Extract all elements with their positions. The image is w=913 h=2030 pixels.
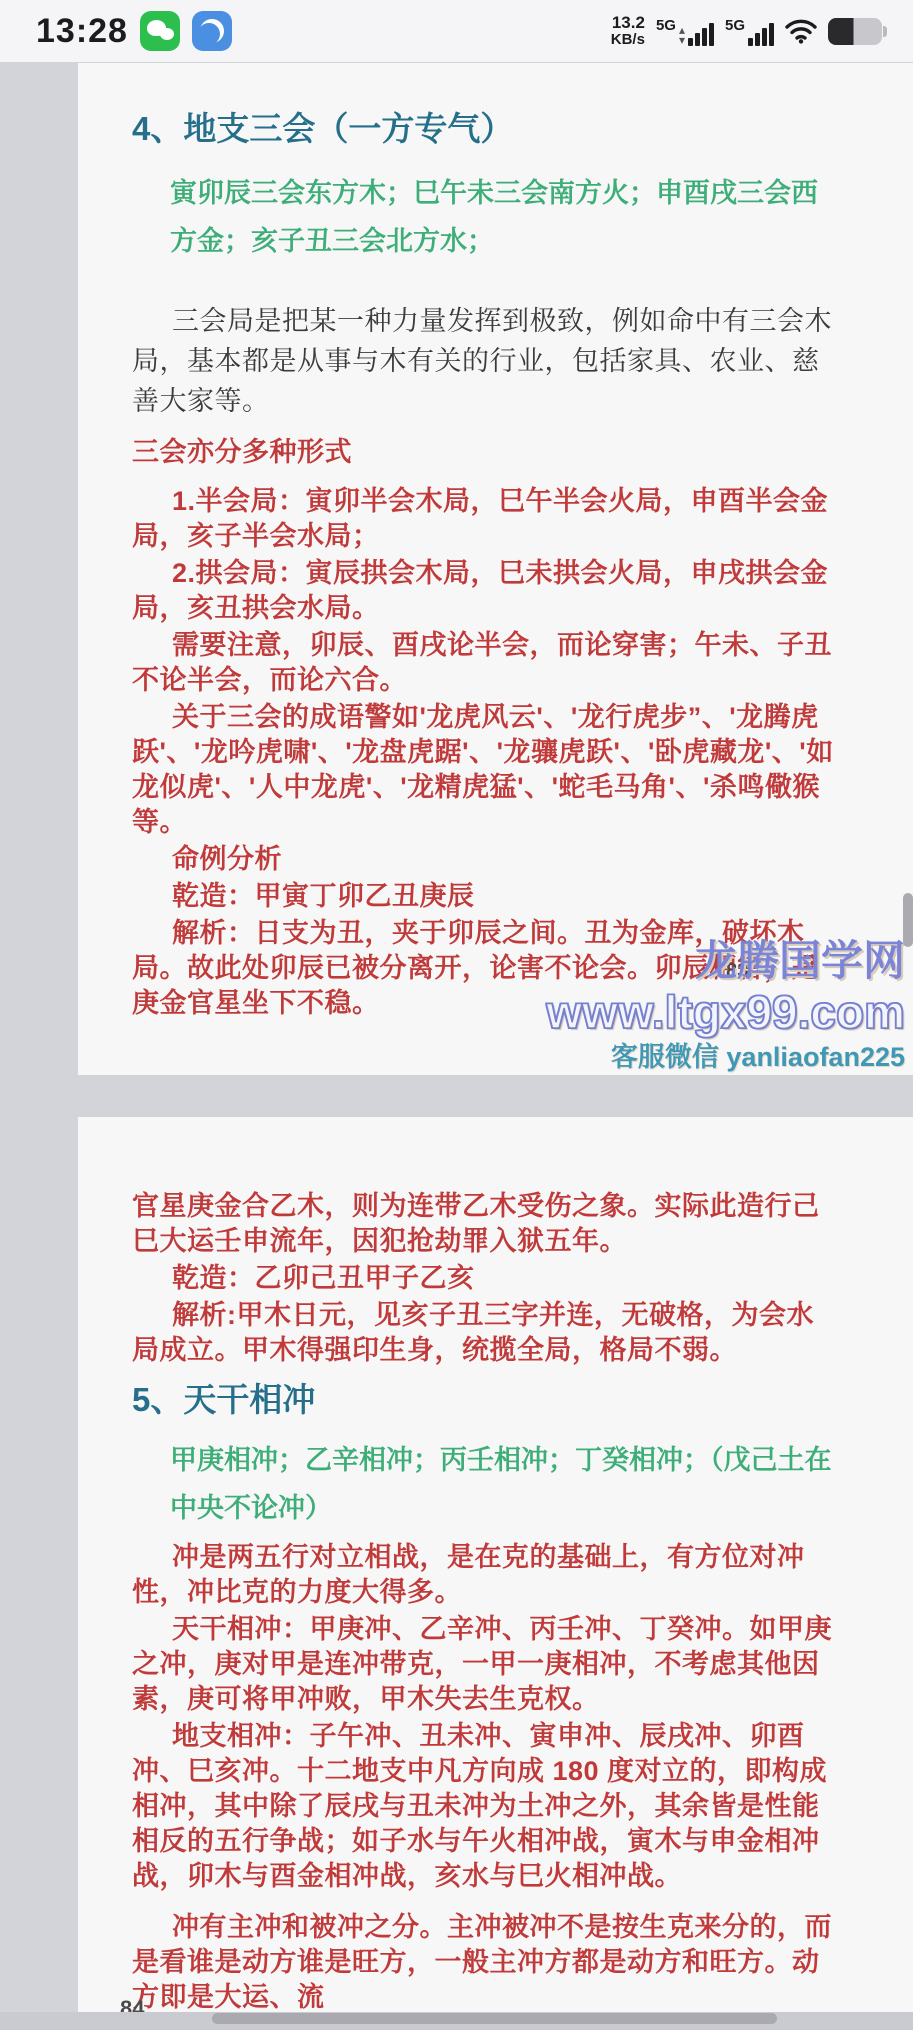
battery-nub bbox=[883, 26, 887, 37]
network-speed-unit: KB/s bbox=[611, 32, 645, 48]
paragraph: 2.拱会局：寅辰拱会木局，巳未拱会火局，申戌拱会金局，亥丑拱会水局。 bbox=[132, 556, 837, 626]
green-formula-note: 甲庚相冲；乙辛相冲；丙壬相冲；丁癸相冲；（戊己土在中央不论冲） bbox=[170, 1436, 837, 1532]
paragraph: 需要注意，卯辰、酉戌论半会，而论穿害；午未、子丑不论半会，而论六合。 bbox=[132, 628, 837, 698]
paragraph: 解析:甲木日元，见亥子丑三字并连，无破格，为会水局成立。甲木得强印生身，统揽全局… bbox=[132, 1298, 837, 1368]
document-page-1: 4、地支三会（一方专气） 寅卯辰三会东方木；巳午未三会南方火；申酉戌三会西方金；… bbox=[78, 63, 913, 1075]
section-heading-4: 4、地支三会（一方专气） bbox=[132, 107, 837, 151]
signal-bars-icon bbox=[748, 23, 774, 46]
battery-icon bbox=[828, 18, 887, 45]
wifi-icon bbox=[785, 18, 817, 44]
paragraph: 冲是两五行对立相战，是在克的基础上，有方位对冲性，冲比克的力度大得多。 bbox=[132, 1540, 837, 1610]
clock: 13:28 bbox=[36, 12, 128, 51]
paragraph: 1.半会局：寅卯半会木局，巳午半会火局，申酉半会金局，亥子半会水局； bbox=[132, 484, 837, 554]
page-number-83: 83 bbox=[726, 960, 748, 983]
horizontal-scrollbar-thumb[interactable] bbox=[212, 2013, 777, 2024]
status-bar-left: 13:28 bbox=[0, 11, 232, 51]
network-type-label-2: 5G bbox=[725, 17, 745, 34]
network-type-label-1: 5G bbox=[656, 17, 676, 34]
paragraph: 命例分析 bbox=[132, 842, 837, 877]
signal-bars-icon bbox=[688, 23, 714, 46]
status-bar: 13:28 13.2 KB/s 5G ▴▾ 5G bbox=[0, 0, 913, 62]
cellular-signal-1: 5G ▴▾ bbox=[656, 17, 714, 46]
paragraph: 三会局是把某一种力量发挥到极致，例如命中有三会木局，基本都是从事与木有关的行业，… bbox=[132, 301, 837, 421]
wechat-app-icon bbox=[140, 11, 180, 51]
blue-app-icon bbox=[192, 11, 232, 51]
network-speed: 13.2 KB/s bbox=[611, 14, 645, 48]
paragraph: 关于三会的成语警如'龙虎风云'、'龙行虎步”、'龙腾虎跃'、'龙吟虎啸'、'龙盘… bbox=[132, 700, 837, 840]
phone-screen: 13:28 13.2 KB/s 5G ▴▾ 5G bbox=[0, 0, 913, 2030]
paragraph: 冲有主冲和被冲之分。主冲被冲不是按生克来分的，而是看谁是动方谁是旺方，一般主冲方… bbox=[132, 1910, 837, 2015]
battery-level bbox=[828, 18, 882, 45]
wechat-bubble-small-icon bbox=[160, 28, 174, 40]
cellular-signal-2: 5G bbox=[725, 17, 774, 46]
vertical-scrollbar-thumb[interactable] bbox=[903, 893, 913, 947]
paragraph: 地支相冲：子午冲、丑未冲、寅申冲、辰戌冲、卯酉冲、巳亥冲。十二地支中凡方向成 1… bbox=[132, 1719, 837, 1894]
document-page-2: 官星庚金合乙木，则为连带乙木受伤之象。实际此造行己巳大运壬申流年，因犯抢劫罪入狱… bbox=[78, 1117, 913, 2012]
section-heading-5: 5、天干相冲 bbox=[132, 1378, 837, 1422]
network-speed-value: 13.2 bbox=[612, 14, 645, 32]
status-bar-right: 13.2 KB/s 5G ▴▾ 5G bbox=[611, 14, 913, 48]
paragraph: 官星庚金合乙木，则为连带乙木受伤之象。实际此造行己巳大运壬申流年，因犯抢劫罪入狱… bbox=[132, 1189, 837, 1259]
traffic-arrows-icon: ▴▾ bbox=[679, 26, 685, 45]
paragraph: 天干相冲：甲庚冲、乙辛冲、丙壬冲、丁癸冲。如甲庚之冲，庚对甲是连冲带克，一甲一庚… bbox=[132, 1612, 837, 1717]
paragraph: 乾造：乙卯己丑甲子乙亥 bbox=[132, 1261, 837, 1296]
paragraph: 三会亦分多种形式 bbox=[132, 435, 837, 470]
paragraph: 乾造：甲寅丁卯乙丑庚辰 bbox=[132, 879, 837, 914]
green-formula-note: 寅卯辰三会东方木；巳午未三会南方火；申酉戌三会西方金；亥子丑三会北方水； bbox=[170, 169, 837, 265]
